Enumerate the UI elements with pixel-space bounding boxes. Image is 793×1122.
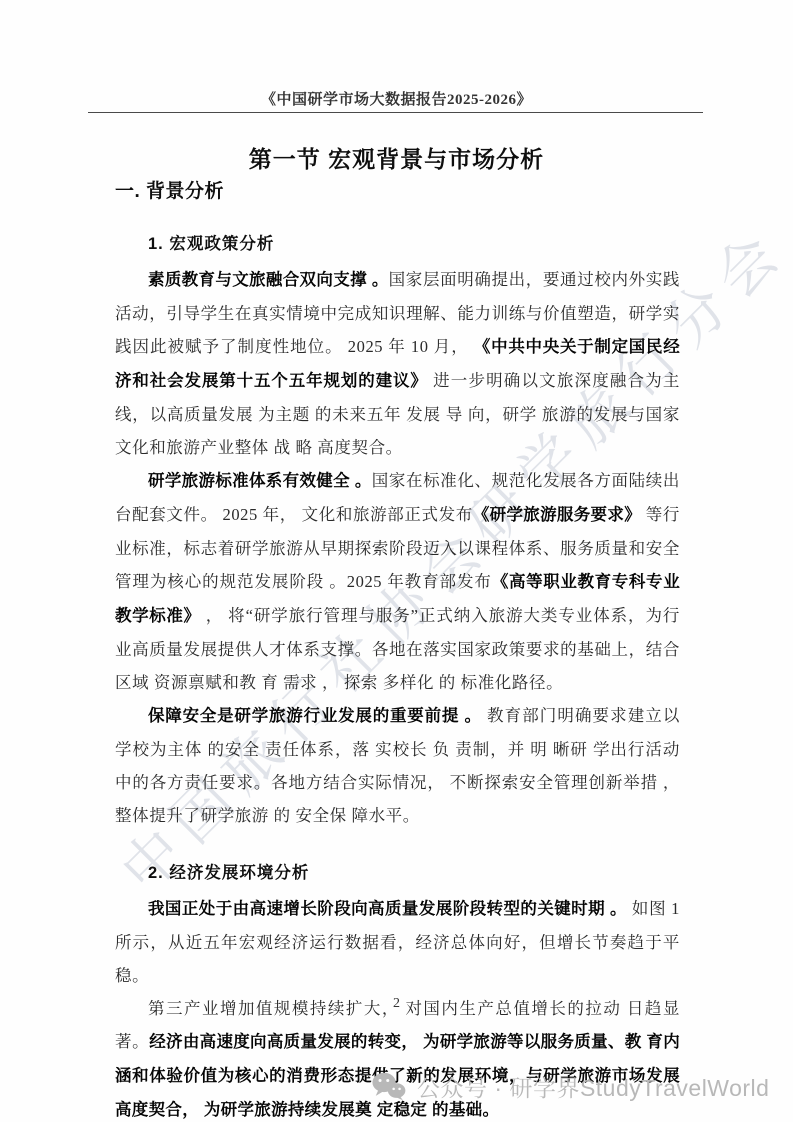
content-blocks: 1. 宏观政策分析素质教育与文旅融合双向支撑 。国家层面明确提出，要通过校内外实… bbox=[115, 230, 680, 1122]
running-header: 《中国研学市场大数据报告2025-2026》 bbox=[0, 88, 793, 109]
subsection-heading: 1. 宏观政策分析 bbox=[115, 230, 680, 254]
chapter-heading: 一. 背景分析 bbox=[115, 176, 680, 203]
footer-brand: 公众号 · 研学界StudyTravelWorld bbox=[372, 1070, 769, 1103]
paragraph: 研学旅游标准体系有效健全 。国家在标准化、规范化发展各方面陆续出台配套文件。 2… bbox=[115, 464, 680, 699]
subsection-heading: 2. 经济发展环境分析 bbox=[115, 859, 680, 883]
bold-text-run: 我国正处于由高速增长阶段向高质量发展阶段转型的关键时期 。 bbox=[148, 900, 627, 918]
bold-text-run: 《研学旅游服务要求》 bbox=[473, 506, 641, 524]
paragraph: 保障安全是研学旅游行业发展的重要前提 。 教育部门明确要求建立以学校为主体 的安… bbox=[115, 699, 680, 832]
page-number: 2 bbox=[0, 996, 793, 1012]
bold-text-run: 研学旅游标准体系有效健全 。 bbox=[148, 472, 372, 490]
document-page: 中国旅行社协会研学旅行分会 《中国研学市场大数据报告2025-2026》 第一节… bbox=[0, 0, 793, 1122]
body-text-block: 一. 背景分析 1. 宏观政策分析素质教育与文旅融合双向支撑 。国家层面明确提出… bbox=[115, 176, 680, 1122]
header-rule bbox=[88, 112, 703, 113]
paragraph: 我国正处于由高速增长阶段向高质量发展阶段转型的关键时期 。 如图 1 所示，从近… bbox=[115, 892, 680, 992]
bold-text-run: 保障安全是研学旅游行业发展的重要前提 。 bbox=[148, 707, 482, 725]
page-title: 第一节 宏观背景与市场分析 bbox=[0, 141, 793, 174]
text-run: ， 将“研学旅行管理与服务”正式纳入旅游大类专业体系，为行业高质量发展提供人才体… bbox=[115, 606, 680, 692]
paragraph: 素质教育与文旅融合双向支撑 。国家层面明确提出，要通过校内外实践活动，引导学生在… bbox=[115, 263, 680, 464]
wechat-icon bbox=[372, 1072, 406, 1101]
footer-brand-label: 公众号 · 研学界StudyTravelWorld bbox=[417, 1070, 769, 1103]
bold-text-run: 素质教育与文旅融合双向支撑 。 bbox=[148, 271, 389, 289]
